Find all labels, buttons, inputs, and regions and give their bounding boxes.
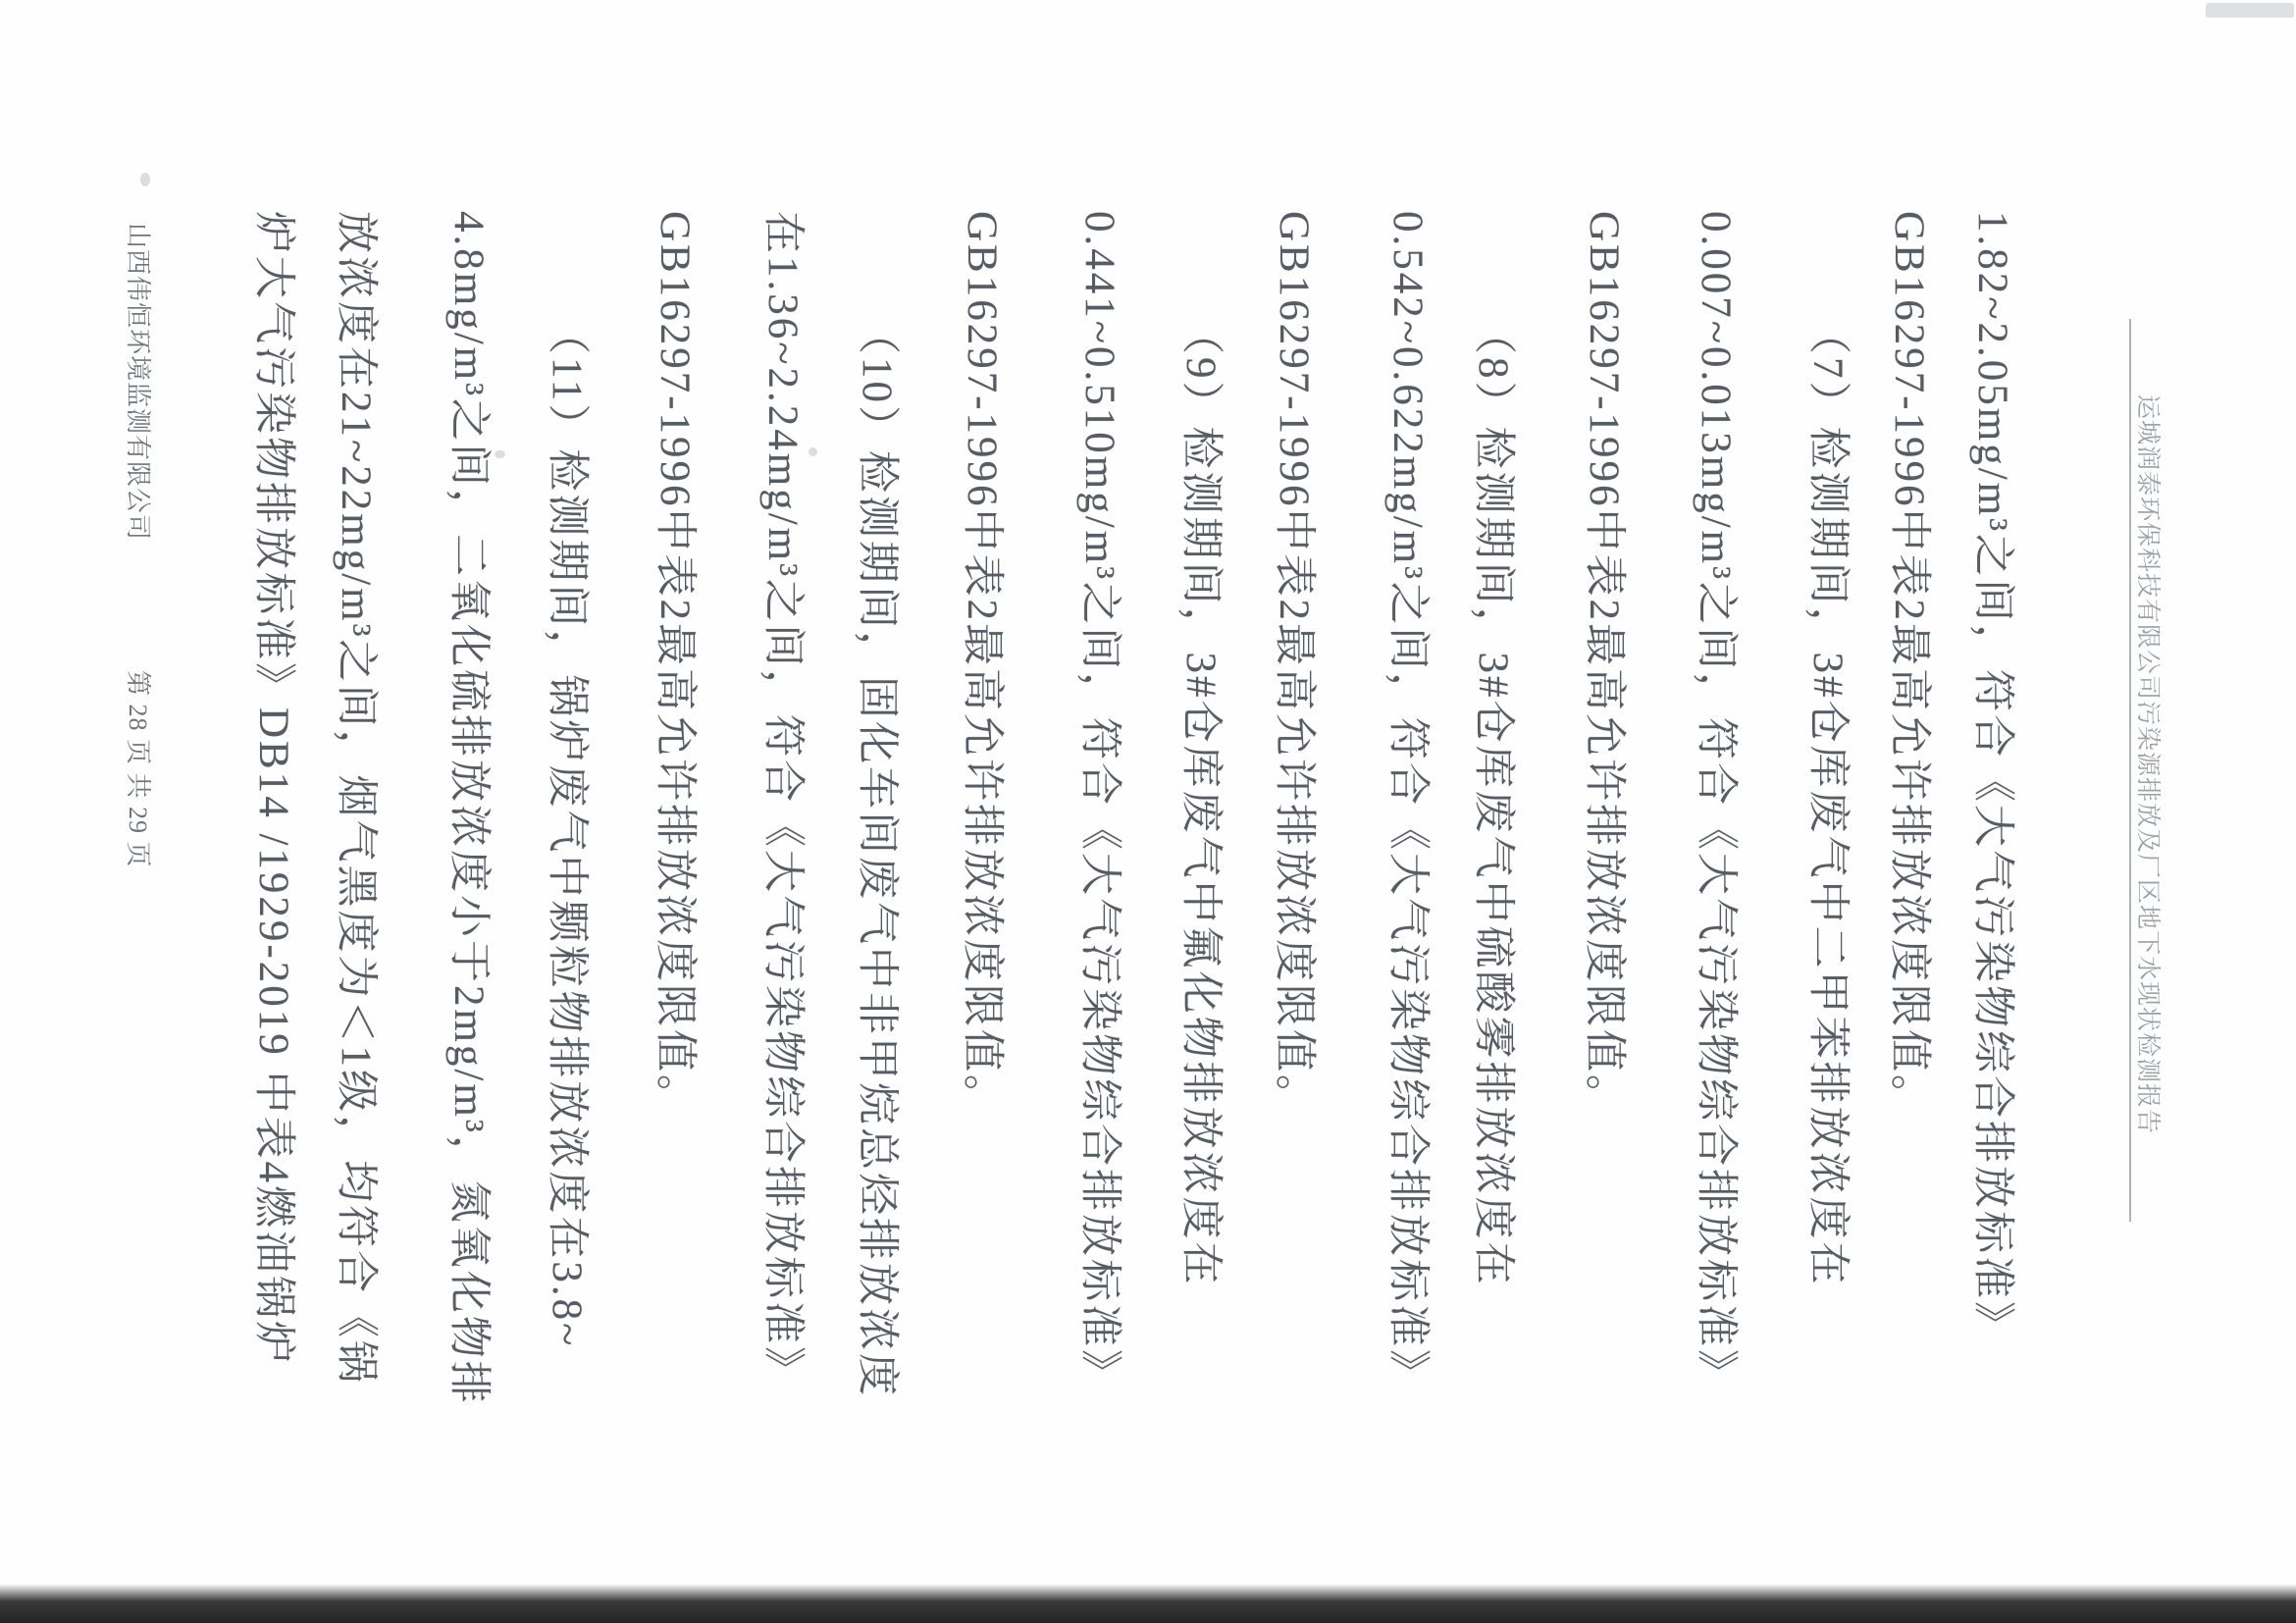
header-rule [2129, 319, 2131, 1222]
footer-company: 山西伟恒环境监测有限公司 [112, 223, 163, 541]
body-line: （8）检测期间，3#仓库废气中硫酸雾排放浓度在 [1465, 312, 1520, 1287]
body-line: 放浓度在21~22mg/m³之间，烟气黑度为＜1级，均符合《锅 [328, 211, 383, 1386]
body-line: （10）检测期间，固化车间废气中非甲烷总烃排放浓度 [849, 312, 904, 1398]
body-line: GB16297-1996中表2最高允许排放浓度限值。 [1881, 211, 1936, 1120]
body-line: 1.82~2.05mg/m³之间，符合《大气污染物综合排放标准》 [1964, 211, 2019, 1346]
scan-speckle [140, 173, 150, 186]
body-line: 4.8mg/m³之间，二氧化硫排放浓度小于2mg/m³，氮氧化物排 [441, 211, 496, 1406]
body-line: 0.441~0.510mg/m³之间，符合《大气污染物综合排放标准》 [1071, 211, 1126, 1394]
scan-corner-mark [2206, 3, 2294, 18]
scanner-edge-shadow [0, 1584, 2296, 1623]
scan-speckle [495, 450, 505, 458]
footer-page-number: 第 28 页 共 29 页 [112, 670, 163, 868]
body-line: GB16297-1996中表2最高允许排放浓度限值。 [647, 211, 702, 1120]
body-line: 炉大气污染物排放标准》DB14 /1929-2019 中表4燃油锅炉 [245, 211, 300, 1366]
scanned-report-page: 运城润泰环保科技有限公司污染源排放及厂区地下水现状检测报告 1.82~2.05m… [0, 0, 2296, 1623]
scan-speckle [809, 447, 817, 456]
body-line: 0.542~0.622mg/m³之间，符合《大气污染物综合排放标准》 [1380, 211, 1435, 1394]
body-line: （11）检测期间，锅炉废气中颗粒物排放浓度在3.8~ [539, 312, 594, 1348]
body-line: GB16297-1996中表2最高允许排放浓度限值。 [1266, 211, 1321, 1120]
body-line: GB16297-1996中表2最高允许排放浓度限值。 [954, 211, 1009, 1120]
body-line: （9）检测期间，3#仓库废气中氟化物排放浓度在 [1173, 312, 1227, 1287]
body-line: （7）检测期间，3#仓库废气中二甲苯排放浓度在 [1800, 312, 1854, 1287]
rotated-page-content: 运城润泰环保科技有限公司污染源排放及厂区地下水现状检测报告 1.82~2.05m… [0, 0, 2296, 1623]
body-line: 在1.36~2.24mg/m³之间，符合《大气污染物综合排放标准》 [755, 211, 809, 1391]
body-line: 0.007~0.013mg/m³之间，符合《大气污染物综合排放标准》 [1688, 211, 1743, 1394]
body-line: GB16297-1996中表2最高允许排放浓度限值。 [1576, 211, 1631, 1120]
